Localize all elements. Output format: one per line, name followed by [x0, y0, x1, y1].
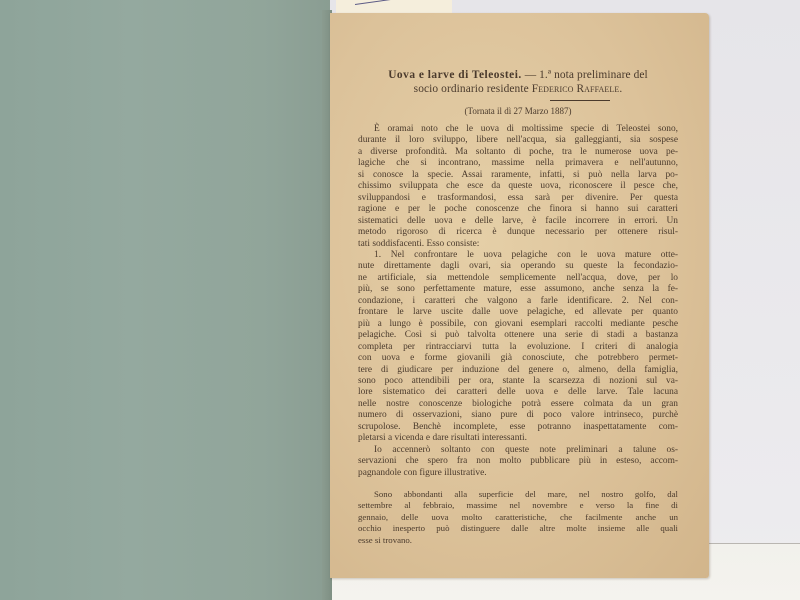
text-line: pletarsi a vicenda e dare risultati inte…: [358, 433, 678, 444]
text-line: 1. Nel confrontare le uova pelagiche con…: [358, 250, 678, 261]
paragraph-3: Io accennerò soltanto con queste note pr…: [358, 445, 678, 479]
text-line: È oramai noto che le uova di moltissime …: [358, 124, 678, 135]
paper-slip: [336, 0, 452, 14]
text-line: ne artificiale, sia mettendole semplicem…: [358, 273, 678, 284]
paragraph-4: Sono abbondanti alla superficie del mare…: [358, 489, 678, 546]
text-line: più, se sono perfettamente mature, esse …: [358, 284, 678, 295]
text-line: durante il loro sviluppo, libere nell'ac…: [358, 135, 678, 146]
text-line: metodo rigoroso di ricerca è dunque nece…: [358, 227, 678, 238]
author-name: Federico Raffaele.: [532, 83, 623, 95]
text-line: Io accennerò soltanto con queste note pr…: [358, 445, 678, 456]
text-line: tere di giudicare per induzione del gene…: [358, 365, 678, 376]
title-subtitle: — 1.ª nota preliminare del: [522, 69, 648, 81]
text-line: completa per rintracciarvi tutta la evol…: [358, 342, 678, 353]
text-line: lore sistematico dei caratteri delle uov…: [358, 387, 678, 398]
author-role: socio ordinario residente: [414, 83, 532, 95]
text-line: lagiche che si incontrano, massime nella…: [358, 158, 678, 169]
text-line: frontare le larve uscite dalle uove pela…: [358, 307, 678, 318]
text-line: gennaio, delle uova molto caratteristich…: [358, 512, 678, 523]
text-line: occhio inesperto può distinguere dalle a…: [358, 523, 678, 534]
text-line: sistematici delle uova e delle larve, è …: [358, 216, 678, 227]
text-line: ragione e per le poche conoscenze che fi…: [358, 204, 678, 215]
text-line: pelagiche. Così si può talvolta ottenere…: [358, 330, 678, 341]
text-line: esse si trovano.: [358, 535, 678, 546]
title-line-2: socio ordinario residente Federico Raffa…: [358, 82, 678, 96]
text-line: sono poco attendibili per ora, stante la…: [358, 376, 678, 387]
text-line: si conosce la specie. Assai raramente, i…: [358, 170, 678, 181]
text-line: condazione, i caratteri che valgono a fa…: [358, 296, 678, 307]
title-rule: [550, 100, 610, 101]
text-line: a diverse profondità. Ma soltanto di poc…: [358, 147, 678, 158]
text-line: nute direttamente dagli ovari, sia opera…: [358, 261, 678, 272]
text-line: sviluppandosi e trasformandosi, essa sar…: [358, 193, 678, 204]
session-date: (Tornata il dì 27 Marzo 1887): [358, 106, 678, 116]
title-line-1: Uova e larve di Teleostei. — 1.ª nota pr…: [358, 68, 678, 82]
paragraph-2: 1. Nel confrontare le uova pelagiche con…: [358, 250, 678, 445]
text-line: chissimo sviluppata che esce da queste u…: [358, 181, 678, 192]
text-line: servazioni che spero fra non molto pubbl…: [358, 456, 678, 467]
text-line: numero di osservazioni, siano pure di po…: [358, 410, 678, 421]
green-cover: [0, 0, 330, 600]
text-line: scrupolose. Benchè incomplete, esse potr…: [358, 422, 678, 433]
text-line: pagnandole con figure illustrative.: [358, 468, 678, 479]
text-line: nelle nostre conoscenze biologiche potrà…: [358, 399, 678, 410]
article-title: Uova e larve di Teleostei.: [388, 69, 522, 81]
text-line: con uova e forme giovanili già conosciut…: [358, 353, 678, 364]
paragraph-1: È oramai noto che le uova di moltissime …: [358, 124, 678, 250]
text-line: settembre al febbraio, massime nel novem…: [358, 500, 678, 511]
text-line: Sono abbondanti alla superficie del mare…: [358, 489, 678, 500]
text-line: più a lungo è possibile, con giovani ese…: [358, 319, 678, 330]
page-content: Uova e larve di Teleostei. — 1.ª nota pr…: [358, 68, 678, 546]
text-line: tati soddisfacenti. Esso consiste:: [358, 239, 678, 250]
